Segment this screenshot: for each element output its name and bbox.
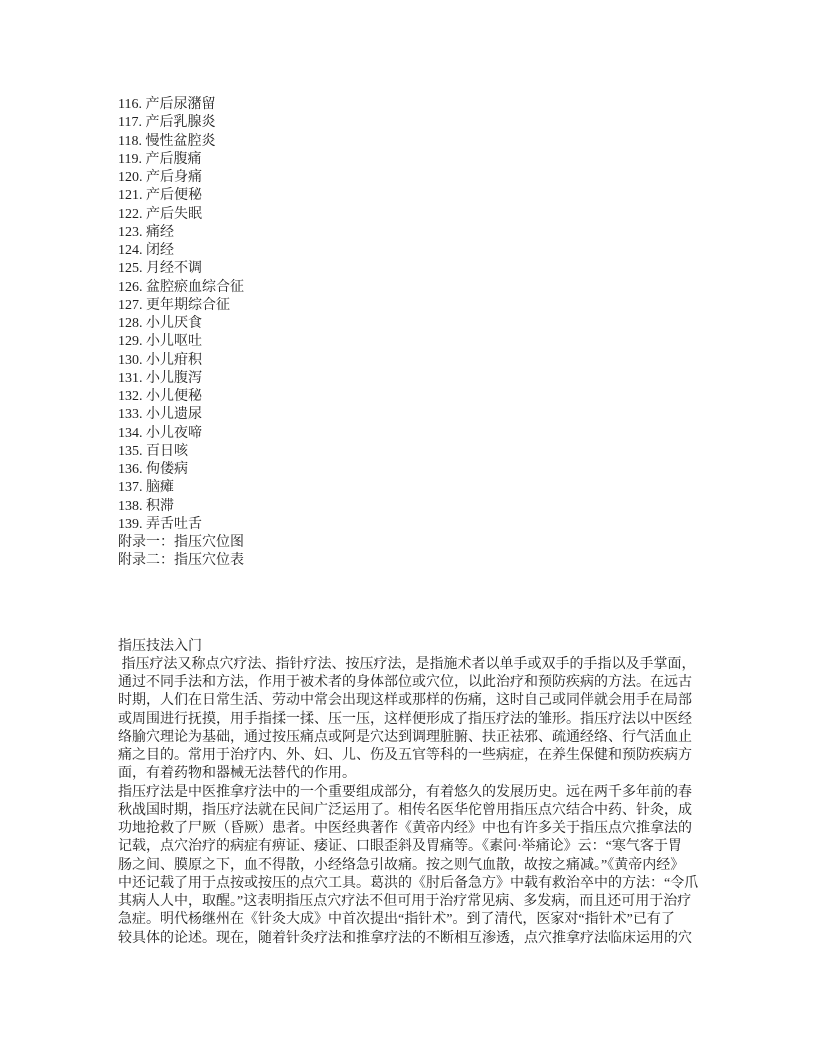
- toc-item: 121. 产后便秘: [118, 187, 710, 205]
- paragraph-intro: 指压疗法又称点穴疗法、指针疗法、按压疗法，是指施术者以单手或双手的手指以及手掌面…: [118, 656, 710, 784]
- toc-item: 125. 月经不调: [118, 260, 710, 278]
- text-line: 痛之目的。常用于治疗内、外、妇、儿、伤及五官等科的一些病症，在养生保健和预防疾病…: [118, 747, 710, 765]
- text-line: 时期，人们在日常生活、劳动中常会出现这样或那样的伤痛，这时自己或同伴就会用手在局…: [118, 692, 710, 710]
- toc-item: 122. 产后失眠: [118, 206, 710, 224]
- page-content: 116. 产后尿潴留 117. 产后乳腺炎 118. 慢性盆腔炎 119. 产后…: [118, 96, 710, 948]
- toc-item: 124. 闭经: [118, 242, 710, 260]
- text-line: 络腧穴理论为基础，通过按压痛点或阿是穴达到调理脏腑、扶正祛邪、疏通经络、行气活血…: [118, 729, 710, 747]
- text-line: 较具体的论述。现在，随着针灸疗法和推拿疗法的不断相互渗透，点穴推拿疗法临床运用的…: [118, 930, 710, 948]
- toc-item: 116. 产后尿潴留: [118, 96, 710, 114]
- toc-item: 118. 慢性盆腔炎: [118, 133, 710, 151]
- text-line: 其病人人中，取醒。”这表明指压点穴疗法不但可用于治疗常见病、多发病，而且还可用于…: [118, 893, 710, 911]
- toc-item: 123. 痛经: [118, 224, 710, 242]
- text-line: 指压疗法是中医推拿疗法中的一个重要组成部分，有着悠久的发展历史。远在两千多年前的…: [118, 784, 710, 802]
- paragraph-history: 指压疗法是中医推拿疗法中的一个重要组成部分，有着悠久的发展历史。远在两千多年前的…: [118, 784, 710, 948]
- text-line: 急症。明代杨继州在《针灸大成》中首次提出“指针术”。到了清代，医家对“指针术”已…: [118, 911, 710, 929]
- document-page: 116. 产后尿潴留 117. 产后乳腺炎 118. 慢性盆腔炎 119. 产后…: [0, 0, 816, 1056]
- toc-item: 136. 佝偻病: [118, 461, 710, 479]
- toc-item: 127. 更年期综合征: [118, 297, 710, 315]
- toc-item: 126. 盆腔瘀血综合征: [118, 279, 710, 297]
- text-line: 秋战国时期，指压疗法就在民间广泛运用了。相传名医华佗曾用指压点穴结合中药、针灸，…: [118, 802, 710, 820]
- toc-item: 137. 脑瘫: [118, 479, 710, 497]
- table-of-contents: 116. 产后尿潴留 117. 产后乳腺炎 118. 慢性盆腔炎 119. 产后…: [118, 96, 710, 571]
- toc-item: 120. 产后身痛: [118, 169, 710, 187]
- text-line: 指压疗法又称点穴疗法、指针疗法、按压疗法，是指施术者以单手或双手的手指以及手掌面…: [118, 656, 710, 674]
- section-title: 指压技法入门: [118, 638, 710, 656]
- text-line: 或周围进行抚摸，用手指揉一揉、压一压，这样便形成了指压疗法的雏形。指压疗法以中医…: [118, 711, 710, 729]
- text-line: 中还记载了用于点按或按压的点穴工具。葛洪的《肘后备急方》中载有救治卒中的方法：“…: [118, 875, 710, 893]
- text-line: 通过不同手法和方法，作用于被术者的身体部位或穴位，以此治疗和预防疾病的方法。在远…: [118, 674, 710, 692]
- toc-item: 131. 小儿腹泻: [118, 370, 710, 388]
- text-line: 功地抢救了尸厥（昏厥）患者。中医经典著作《黄帝内经》中也有许多关于指压点穴推拿法…: [118, 820, 710, 838]
- text-line: 肠之间、膜原之下，血不得散，小经络急引故痛。按之则气血散，故按之痛减。”《黄帝内…: [118, 857, 710, 875]
- text-line: 记载，点穴治疗的病症有痹证、痿证、口眼歪斜及胃痛等。《素问·举痛论》云：“寒气客…: [118, 838, 710, 856]
- toc-item: 117. 产后乳腺炎: [118, 114, 710, 132]
- toc-item: 132. 小儿便秘: [118, 388, 710, 406]
- toc-item: 134. 小儿夜啼: [118, 425, 710, 443]
- toc-item: 139. 弄舌吐舌: [118, 516, 710, 534]
- toc-item: 138. 积滞: [118, 498, 710, 516]
- toc-item: 128. 小儿厌食: [118, 315, 710, 333]
- toc-item-appendix-2: 附录二：指压穴位表: [118, 552, 710, 570]
- text-line: 面，有着药物和器械无法替代的作用。: [118, 765, 710, 783]
- toc-item: 129. 小儿呕吐: [118, 333, 710, 351]
- toc-item: 133. 小儿遗尿: [118, 406, 710, 424]
- toc-item-appendix-1: 附录一：指压穴位图: [118, 534, 710, 552]
- toc-item: 135. 百日咳: [118, 443, 710, 461]
- toc-item: 130. 小儿疳积: [118, 352, 710, 370]
- toc-item: 119. 产后腹痛: [118, 151, 710, 169]
